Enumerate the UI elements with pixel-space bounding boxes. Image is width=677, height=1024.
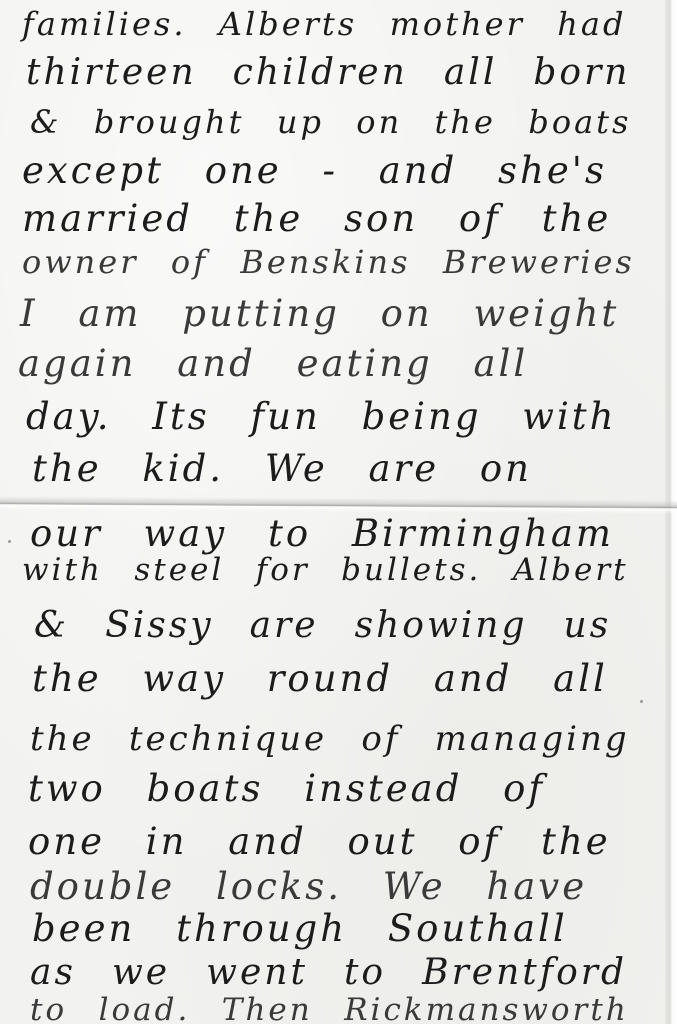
handwritten-line: & Sissy are showing us [34,608,611,644]
letter-page: families. Alberts mother had thirteen ch… [0,0,677,1024]
paper-speck [640,700,643,703]
handwritten-line: our way to Birmingham [30,515,614,552]
handwritten-line: except one - and she's [22,152,607,189]
handwritten-line: the technique of managing [30,722,630,756]
handwritten-line: to load. Then Rickmansworth [30,995,629,1024]
handwritten-line: & brought up on the boats [30,106,631,138]
handwritten-line: double locks. We have [30,868,587,905]
handwritten-line: been through Southall [32,910,568,947]
handwritten-line: owner of Benskins Breweries [22,246,635,278]
handwritten-line: again and eating all [18,345,528,382]
handwritten-line: with steel for bullets. Albert [22,555,629,586]
handwritten-line: the kid. We are on [32,450,532,487]
handwritten-line: married the son of the [22,200,611,237]
handwritten-line: one in and out of the [28,823,611,860]
handwritten-line: two boats instead of [28,770,545,807]
handwritten-line: thirteen children all born [26,55,631,91]
handwritten-line: the way round and all [32,660,608,697]
paper-speck [8,540,11,543]
handwritten-line: as we went to Brentford [30,955,627,991]
handwritten-line: day. Its fun being with [26,398,617,435]
handwritten-line: I am putting on weight [20,295,619,332]
handwritten-line: families. Alberts mother had [22,8,626,40]
